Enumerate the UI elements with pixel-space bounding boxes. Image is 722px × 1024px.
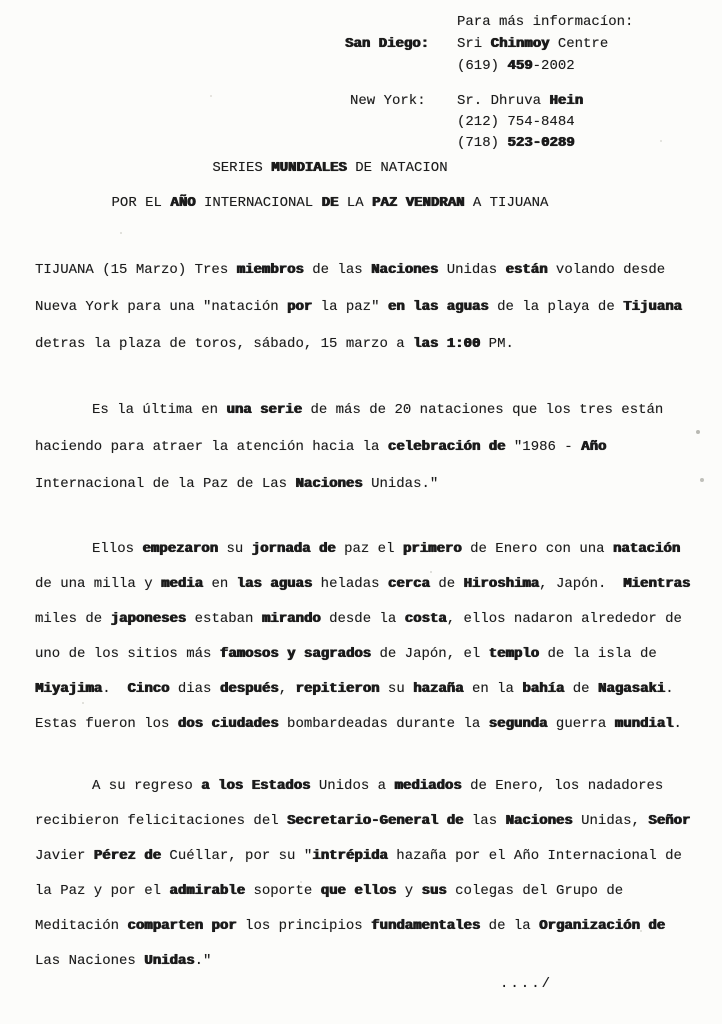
paragraph-3: Ellos empezaron su jornada de paz el pri…: [35, 532, 715, 742]
text-line: haciendo para atraer la atención hacia l…: [35, 429, 715, 466]
scan-speckles: [0, 0, 2, 2]
text-line: Javier Pérez de Cuéllar, por su "intrépi…: [35, 839, 715, 874]
text-line: miles de japoneses estaban mirando desde…: [35, 602, 715, 637]
contact-phone-new-york-1: (212) 754-8484: [457, 112, 583, 133]
contact-org: Sri Chinmoy Centre: [457, 33, 608, 55]
text-line: Estas fueron los dos ciudades bombardead…: [35, 707, 715, 742]
contact-label-san-diego: San Diego:: [345, 33, 429, 55]
text-line: recibieron felicitaciones del Secretario…: [35, 804, 715, 839]
text-line: detras la plaza de toros, sábado, 15 mar…: [35, 326, 715, 363]
contact-details-new-york: Sr. Dhruva Hein (212) 754-8484 (718) 523…: [457, 91, 583, 154]
paragraph-2: Es la última en una serie de más de 20 n…: [35, 392, 715, 503]
paragraph-1: TIJUANA (15 Marzo) Tres miembros de las …: [35, 252, 715, 363]
text-line: Es la última en una serie de más de 20 n…: [35, 392, 715, 429]
text-line: la Paz y por el admirable soporte que el…: [35, 874, 715, 909]
text-line: Ellos empezaron su jornada de paz el pri…: [35, 532, 715, 567]
title-line-1: SERIES MUNDIALES DE NATACION: [0, 151, 660, 186]
text-line: Nueva York para una "natación por la paz…: [35, 289, 715, 326]
document-title: SERIES MUNDIALES DE NATACION POR EL AÑO …: [0, 151, 660, 221]
contact-heading: Para más informacíon:: [457, 11, 633, 33]
contact-phone-san-diego: (619) 459-2002: [457, 55, 608, 77]
contact-person: Sr. Dhruva Hein: [457, 91, 583, 112]
text-line: uno de los sitios más famosos y sagrados…: [35, 637, 715, 672]
text-line: A su regreso a los Estados Unidos a medi…: [35, 769, 715, 804]
text-line: Internacional de la Paz de Las Naciones …: [35, 466, 715, 503]
press-release-page: Para más informacíon: San Diego: Sri Chi…: [0, 0, 722, 1024]
text-line: Meditación comparten por los principios …: [35, 909, 715, 944]
title-line-2: POR EL AÑO INTERNACIONAL DE LA PAZ VENDR…: [0, 186, 660, 221]
text-line: Miyajima. Cinco dias después, repitieron…: [35, 672, 715, 707]
text-line: TIJUANA (15 Marzo) Tres miembros de las …: [35, 252, 715, 289]
contact-details-san-diego: Sri Chinmoy Centre (619) 459-2002: [457, 33, 608, 77]
contact-label-new-york: New York:: [350, 91, 426, 112]
continuation-mark: ..../: [500, 974, 552, 994]
paragraph-4: A su regreso a los Estados Unidos a medi…: [35, 769, 715, 979]
text-line: Las Naciones Unidas.": [35, 944, 715, 979]
text-line: de una milla y media en las aguas helada…: [35, 567, 715, 602]
